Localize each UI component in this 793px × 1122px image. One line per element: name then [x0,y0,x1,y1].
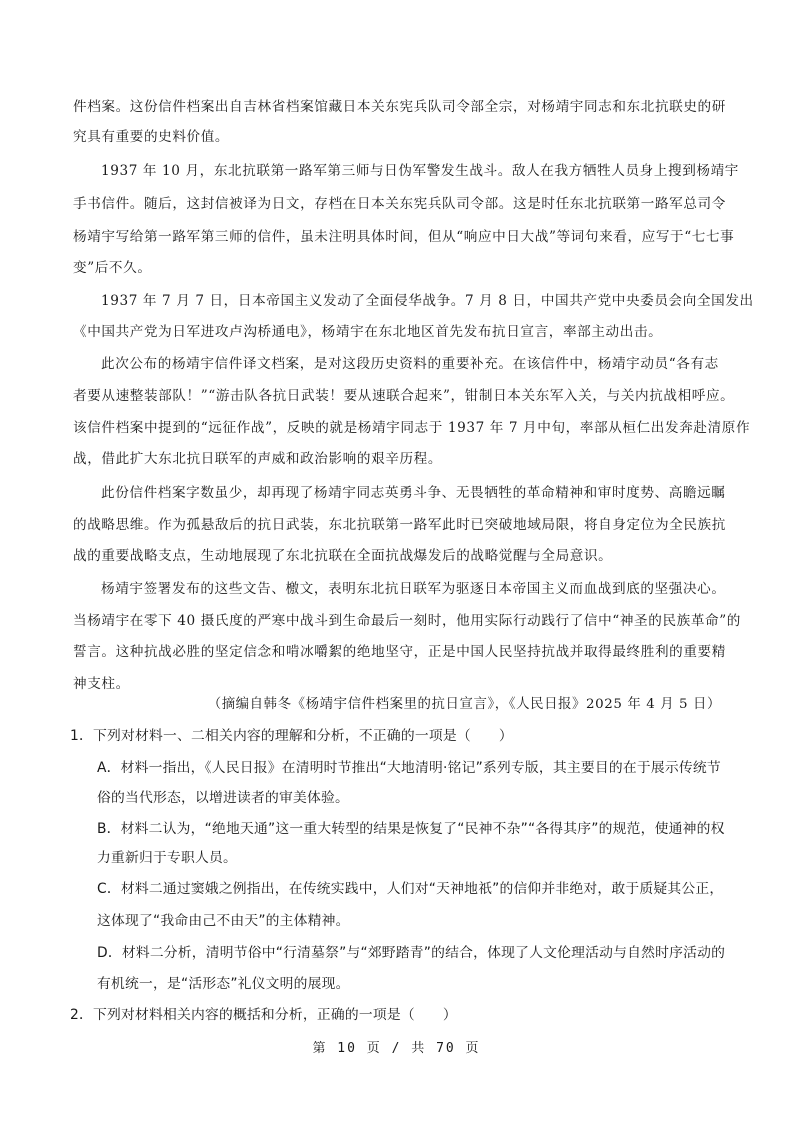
question-1-stem: 1．下列对材料一、二相关内容的理解和分析，不正确的一项是（ ） [70,727,720,745]
passage-line: 神支柱。 [73,675,723,693]
passage-line: 件档案。这份信件档案出自吉林省档案馆藏日本关东宪兵队司令部全宗，对杨靖宇同志和东… [73,98,723,116]
passage-line: 手书信件。随后，这封信被译为日文，存档在日本关东宪兵队司令部。这是时任东北抗联第… [73,195,723,213]
document-page: 件档案。这份信件档案出自吉林省档案馆藏日本关东宪兵队司令部全宗，对杨靖宇同志和东… [0,0,793,1122]
passage-line: 该信件档案中提到的“远征作战”，反映的就是杨靖宇同志于 1937 年 7 月中旬… [73,419,723,437]
passage-line: 究具有重要的史料价值。 [73,128,723,146]
option-b-continuation: 力重新归于专职人员。 [97,849,747,867]
passage-line: 变”后不久。 [73,259,723,277]
passage-line: 当杨靖宇在零下 40 摄氏度的严寒中战斗到生命最后一刻时，他用实际行动践行了信中… [73,612,723,630]
page-number-footer: 第 10 页 / 共 70 页 [0,1040,793,1058]
option-b[interactable]: B．材料二认为，“绝地天通”这一重大转型的结果是恢复了“民神不杂”“各得其序”的… [97,820,747,838]
passage-line: 1937 年 10 月，东北抗联第一路军第三师与日伪军警发生战斗。敌人在我方牺牲… [101,162,751,180]
passage-line: 的战略思维。作为孤悬敌后的抗日武装，东北抗联第一路军此时已突破地域局限，将自身定… [73,516,723,534]
passage-line: 誓言。这种抗战必胜的坚定信念和啃冰嚼絮的绝地坚守，正是中国人民坚持抗战并取得最终… [73,643,723,661]
passage-line: 战的重要战略支点，生动地展现了东北抗联在全面抗战爆发后的战略觉醒与全局意识。 [73,547,723,565]
option-a-continuation: 俗的当代形态，以增进读者的审美体验。 [97,789,747,807]
option-c-continuation: 这体现了“我命由己不由天”的主体精神。 [97,912,747,930]
passage-line: 1937 年 7 月 7 日，日本帝国主义发动了全面侵华战争。7 月 8 日，中… [101,292,751,310]
passage-line: 杨靖宇签署发布的这些文告、檄文，表明东北抗日联军为驱逐日本帝国主义而血战到底的坚… [101,580,751,598]
passage-line: 战，借此扩大东北抗日联军的声威和政治影响的艰辛历程。 [73,450,723,468]
option-c[interactable]: C．材料二通过窦娥之例指出，在传统实践中，人们对“天神地祇”的信仰并非绝对，敢于… [97,880,747,898]
passage-line: 者要从速整装部队！”“游击队各抗日武装！要从速联合起来”，钳制日本关东军入关，与… [73,387,723,405]
passage-line: 此次公布的杨靖宇信件译文档案，是对这段历史资料的重要补充。在该信件中，杨靖宇动员… [101,355,751,373]
passage-line: 杨靖宇写给第一路军第三师的信件，虽未注明具体时间，但从“响应中日大战”等词句来看… [73,228,723,246]
passage-line: 《中国共产党为日军进攻卢沟桥通电》，杨靖宇在东北地区首先发布抗日宣言，率部主动出… [73,323,723,341]
passage-line: 此份信件档案字数虽少，却再现了杨靖宇同志英勇斗争、无畏牺牲的革命精神和审时度势、… [101,484,751,502]
option-d-continuation: 有机统一，是“活形态”礼仪文明的展现。 [97,975,747,993]
question-2-stem: 2．下列对材料相关内容的概括和分析，正确的一项是（ ） [70,1006,720,1024]
option-d[interactable]: D．材料二分析，清明节俗中“行清墓祭”与“郊野踏青”的结合，体现了人文伦理活动与… [97,944,747,962]
source-citation: （摘编自韩冬《杨靖宇信件档案里的抗日宣言》，《人民日报》2025 年 4 月 5… [208,696,721,714]
option-a[interactable]: A．材料一指出，《人民日报》在清明时节推出“大地清明·铭记”系列专版，其主要目的… [97,759,747,777]
